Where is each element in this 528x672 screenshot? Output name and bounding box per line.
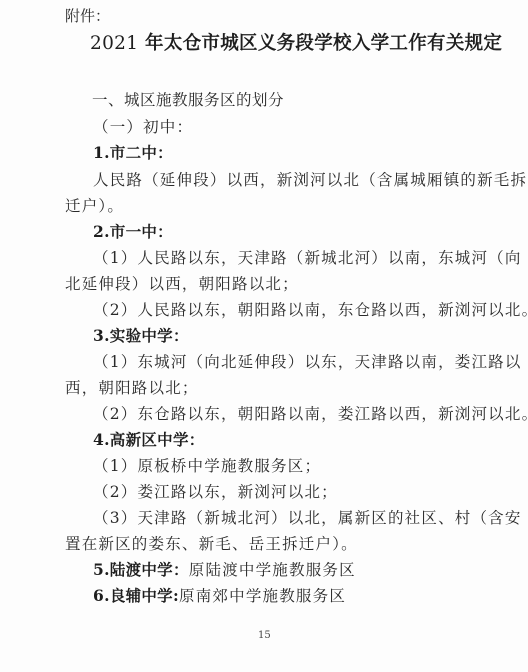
body-line: 迁户）。 bbox=[65, 196, 124, 216]
body-line: （2）东仓路以东，朝阳路以南，娄江路以西，新浏河以北。 bbox=[93, 404, 528, 424]
body-line: （1）原板桥中学施教服务区； bbox=[93, 456, 321, 476]
school-heading: 3.实验中学： bbox=[93, 326, 189, 346]
section-heading: 一、城区施教服务区的划分 bbox=[92, 90, 284, 110]
school-text: 原南郊中学施教服务区 bbox=[179, 587, 346, 605]
school-heading: 4.高新区中学： bbox=[93, 430, 205, 450]
document-page: 附件： 2021 年太仓市城区义务段学校入学工作有关规定 一、城区施教服务区的划… bbox=[0, 0, 528, 672]
body-line: 置在新区的娄东、新毛、岳王拆迁户）。 bbox=[65, 534, 358, 554]
body-line: （1）东城河（向北延伸段）以东，天津路以南，娄江路以 bbox=[93, 352, 522, 372]
title-text: 年太仓市城区义务段学校入学工作有关规定 bbox=[138, 33, 502, 54]
subsection-heading: （一）初中： bbox=[93, 117, 193, 137]
attachment-label: 附件： bbox=[65, 6, 110, 26]
body-line: （2）娄江路以东，新浏河以北； bbox=[93, 482, 338, 502]
body-line: （1）人民路以东，天津路（新城北河）以南，东城河（向 bbox=[93, 248, 522, 268]
school-text: 原陆渡中学施教服务区 bbox=[189, 561, 356, 579]
page-number: 15 bbox=[258, 630, 271, 641]
school-heading: 1.市二中： bbox=[93, 143, 173, 163]
body-line: 北延伸段）以西，朝阳路以北； bbox=[65, 274, 299, 294]
school-heading: 6.良辅中学: bbox=[93, 586, 179, 605]
school-entry: 5.陆渡中学：原陆渡中学施教服务区 bbox=[93, 560, 356, 580]
school-heading: 5.陆渡中学： bbox=[93, 560, 189, 579]
body-line: 人民路（延伸段）以西，新浏河以北（含属城厢镇的新毛拆 bbox=[93, 170, 527, 190]
title-year: 2021 bbox=[90, 33, 138, 54]
school-entry: 6.良辅中学:原南郊中学施教服务区 bbox=[93, 586, 346, 606]
body-line: （3）天津路（新城北河）以北，属新区的社区、村（含安 bbox=[93, 508, 522, 528]
document-title: 2021 年太仓市城区义务段学校入学工作有关规定 bbox=[90, 34, 502, 54]
body-line: 西，朝阳路以北； bbox=[65, 378, 199, 398]
school-heading: 2.市一中： bbox=[93, 222, 173, 242]
body-line: （2）人民路以东，朝阳路以南，东仓路以西，新浏河以北。 bbox=[93, 300, 528, 320]
